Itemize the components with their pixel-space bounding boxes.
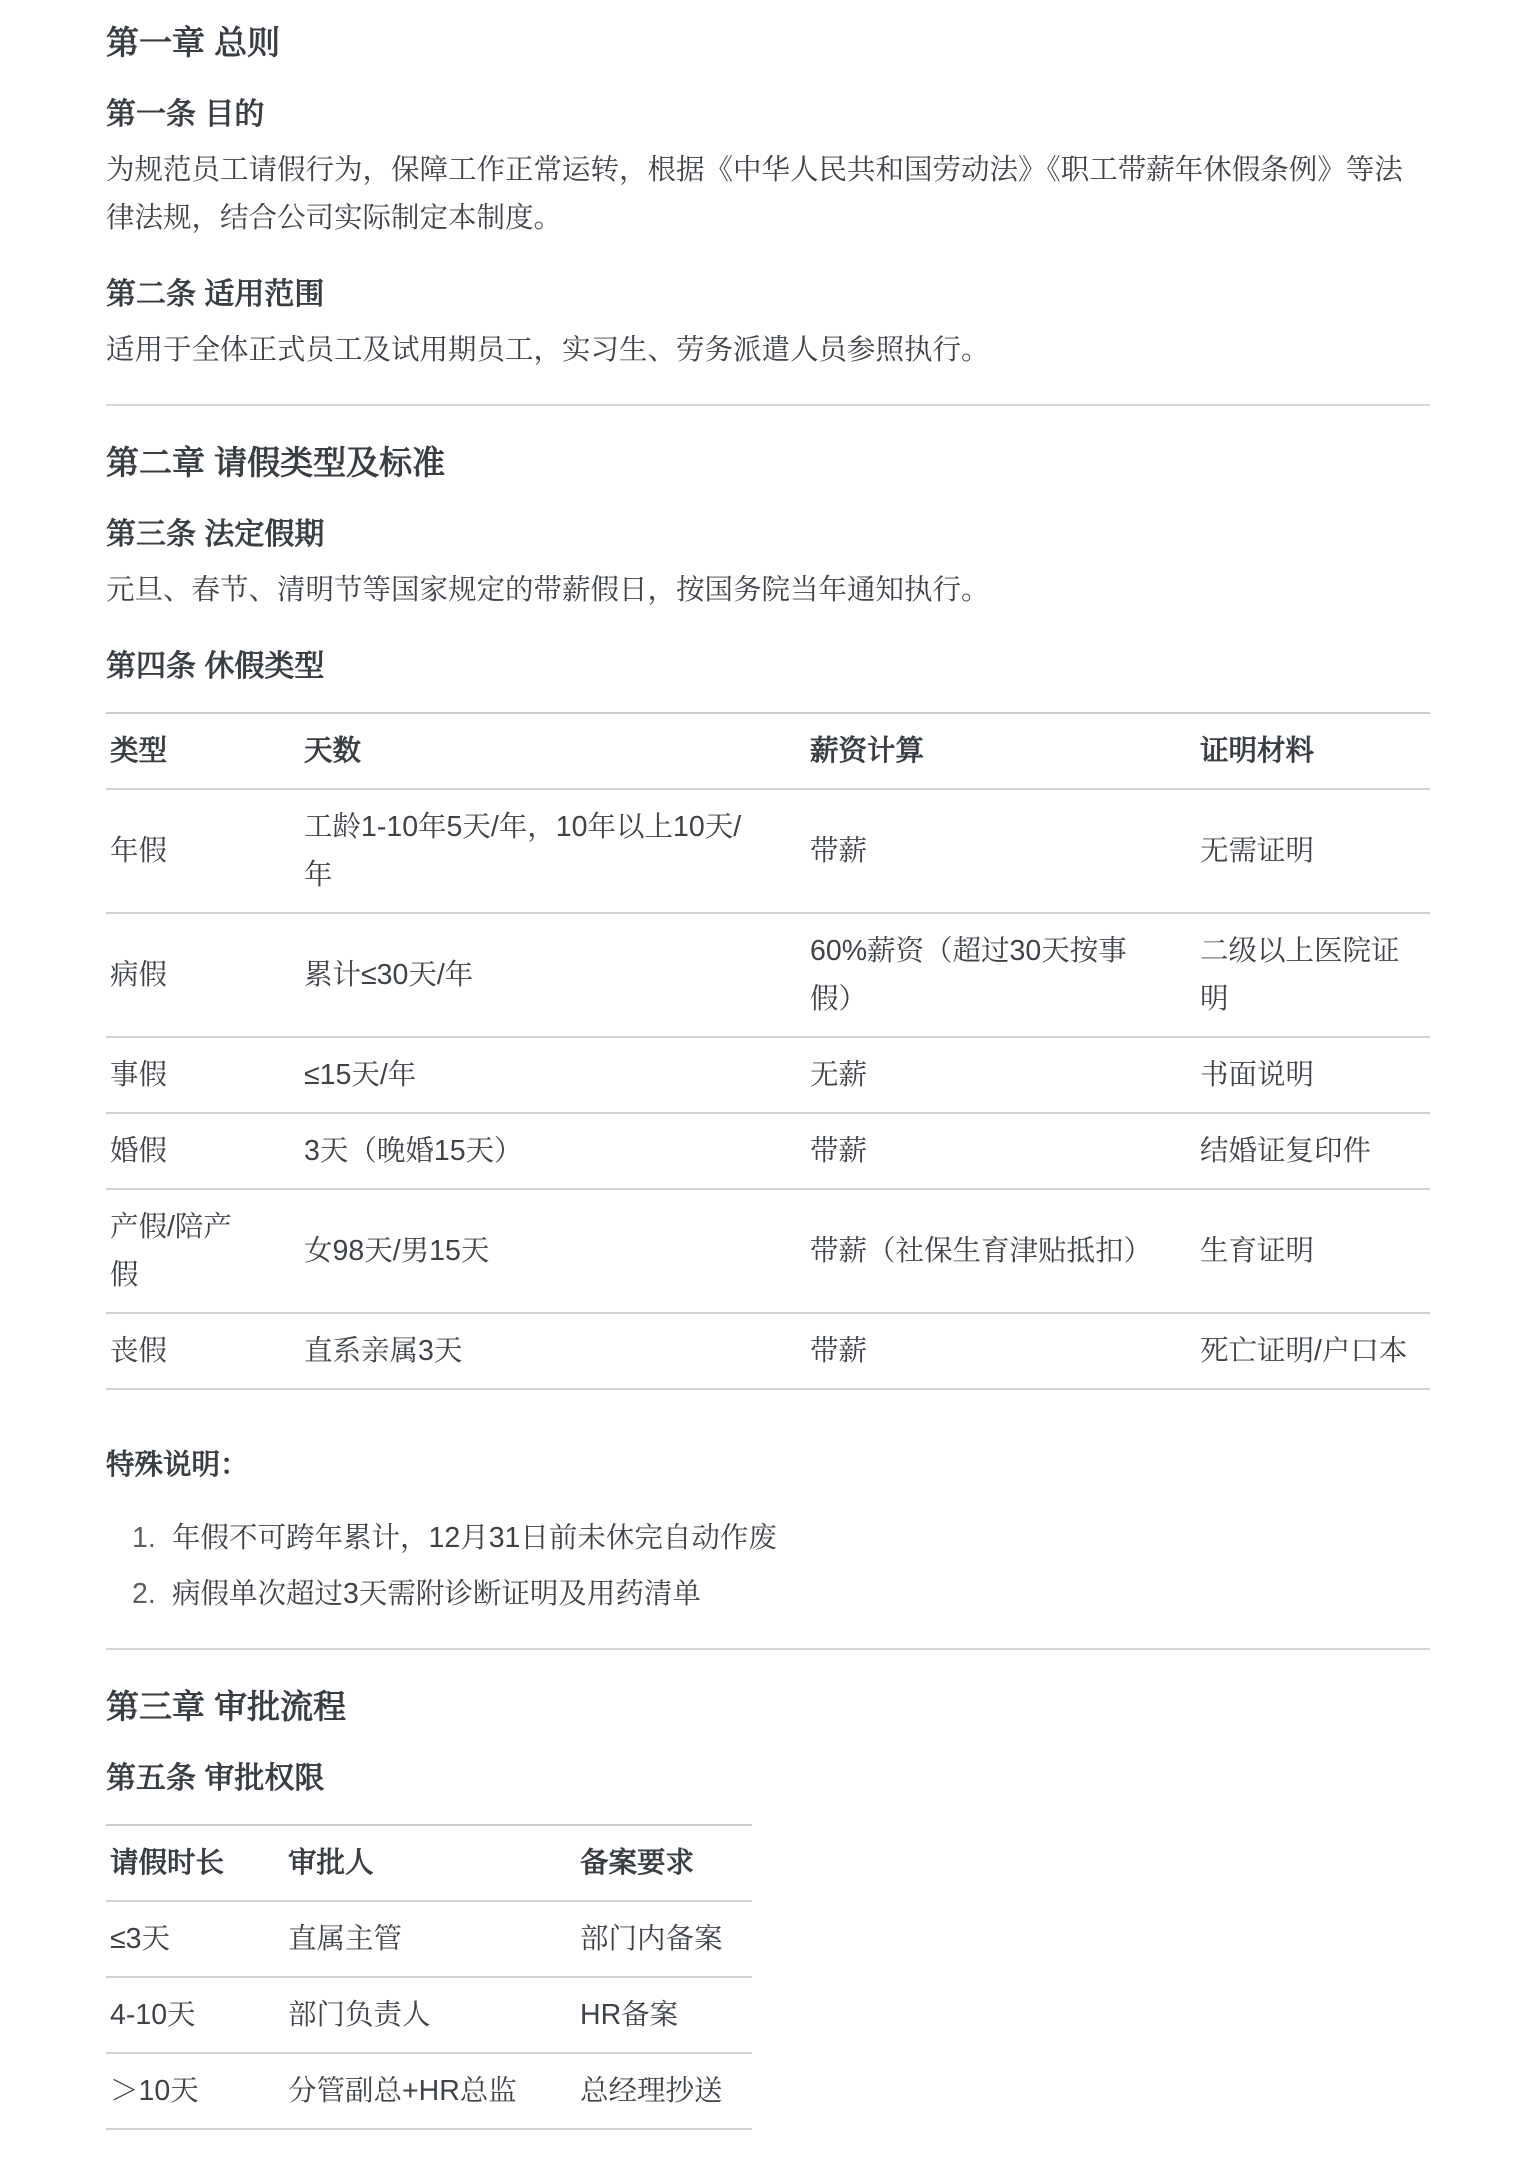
column-header-days: 天数: [300, 713, 806, 789]
table-cell: ≤15天/年: [300, 1037, 806, 1113]
table-cell: 直属主管: [284, 1901, 576, 1977]
table-cell: 无薪: [806, 1037, 1196, 1113]
note-item-text: 病假单次超过3天需附诊断证明及用药清单: [172, 1570, 1430, 1618]
column-header-filing: 备案要求: [576, 1825, 752, 1901]
article-4-heading: 第四条 休假类型: [106, 648, 1430, 686]
table-cell: 女98天/男15天: [300, 1189, 806, 1313]
section-divider-2: [106, 1648, 1430, 1650]
article-3-body: 元旦、春节、清明节等国家规定的带薪假日，按国务院当年通知执行。: [106, 566, 1430, 614]
leave-type-table: 类型 天数 薪资计算 证明材料 年假 工龄1-10年5天/年，10年以上10天/…: [106, 712, 1430, 1390]
table-cell: 书面说明: [1196, 1037, 1430, 1113]
table-cell: 丧假: [106, 1313, 300, 1389]
article-2-body: 适用于全体正式员工及试用期员工，实习生、劳务派遣人员参照执行。: [106, 326, 1430, 374]
table-cell: 二级以上医院证 明: [1196, 913, 1430, 1037]
article-1-heading: 第一条 目的: [106, 96, 1430, 134]
note-item-2: 2. 病假单次超过3天需附诊断证明及用药清单: [132, 1570, 1430, 1618]
table-cell: ≤3天: [106, 1901, 284, 1977]
table-cell: ＞10天: [106, 2053, 284, 2129]
document-page: 第一章 总则 第一条 目的 为规范员工请假行为，保障工作正常运转，根据《中华人民…: [0, 0, 1536, 2157]
table-cell: 部门负责人: [284, 1977, 576, 2053]
table-cell: 结婚证复印件: [1196, 1113, 1430, 1189]
chapter-3-heading: 第三章 审批流程: [106, 1688, 1430, 1726]
table-cell: 带薪: [806, 789, 1196, 913]
article-3-heading: 第三条 法定假期: [106, 516, 1430, 554]
article-1-body: 为规范员工请假行为，保障工作正常运转，根据《中华人民共和国劳动法》《职工带薪年休…: [106, 146, 1430, 242]
table-cell: HR备案: [576, 1977, 752, 2053]
table-cell: 累计≤30天/年: [300, 913, 806, 1037]
table-row-marriage-leave: 婚假 3天（晚婚15天） 带薪 结婚证复印件: [106, 1113, 1430, 1189]
special-notes-label: 特殊说明：: [106, 1442, 1430, 1488]
article-2-heading: 第二条 适用范围: [106, 276, 1430, 314]
section-divider-1: [106, 404, 1430, 406]
table-row-sick-leave: 病假 累计≤30天/年 60%薪资（超过30天按事 假） 二级以上医院证 明: [106, 913, 1430, 1037]
table-row-under-3-days: ≤3天 直属主管 部门内备案: [106, 1901, 752, 1977]
approval-authority-table: 请假时长 审批人 备案要求 ≤3天 直属主管 部门内备案 4-10天 部门负责人…: [106, 1824, 752, 2130]
table-cell: 事假: [106, 1037, 300, 1113]
table-cell: 4-10天: [106, 1977, 284, 2053]
approval-table-header-row: 请假时长 审批人 备案要求: [106, 1825, 752, 1901]
column-header-proof: 证明材料: [1196, 713, 1430, 789]
special-notes-list: 1. 年假不可跨年累计，12月31日前未休完自动作废 2. 病假单次超过3天需附…: [106, 1514, 1430, 1618]
column-header-pay: 薪资计算: [806, 713, 1196, 789]
table-cell: 60%薪资（超过30天按事 假）: [806, 913, 1196, 1037]
table-cell: 带薪: [806, 1313, 1196, 1389]
note-item-text: 年假不可跨年累计，12月31日前未休完自动作废: [172, 1514, 1430, 1562]
note-item-number: 1.: [132, 1514, 172, 1562]
table-row-annual-leave: 年假 工龄1-10年5天/年，10年以上10天/ 年 带薪 无需证明: [106, 789, 1430, 913]
table-row-maternity-leave: 产假/陪产 假 女98天/男15天 带薪（社保生育津贴抵扣） 生育证明: [106, 1189, 1430, 1313]
table-cell: 带薪: [806, 1113, 1196, 1189]
table-cell: 产假/陪产 假: [106, 1189, 300, 1313]
table-cell: 无需证明: [1196, 789, 1430, 913]
note-item-number: 2.: [132, 1570, 172, 1618]
table-row-4-10-days: 4-10天 部门负责人 HR备案: [106, 1977, 752, 2053]
table-cell: 年假: [106, 789, 300, 913]
table-cell: 分管副总+HR总监: [284, 2053, 576, 2129]
table-cell: 死亡证明/户口本: [1196, 1313, 1430, 1389]
column-header-approver: 审批人: [284, 1825, 576, 1901]
table-cell: 3天（晚婚15天）: [300, 1113, 806, 1189]
column-header-duration: 请假时长: [106, 1825, 284, 1901]
table-cell: 病假: [106, 913, 300, 1037]
table-cell: 工龄1-10年5天/年，10年以上10天/ 年: [300, 789, 806, 913]
note-item-1: 1. 年假不可跨年累计，12月31日前未休完自动作废: [132, 1514, 1430, 1562]
chapter-1-heading: 第一章 总则: [106, 24, 1430, 62]
table-row-bereavement-leave: 丧假 直系亲属3天 带薪 死亡证明/户口本: [106, 1313, 1430, 1389]
table-cell: 直系亲属3天: [300, 1313, 806, 1389]
table-cell: 部门内备案: [576, 1901, 752, 1977]
leave-table-header-row: 类型 天数 薪资计算 证明材料: [106, 713, 1430, 789]
chapter-2-heading: 第二章 请假类型及标准: [106, 444, 1430, 482]
table-row-personal-leave: 事假 ≤15天/年 无薪 书面说明: [106, 1037, 1430, 1113]
table-row-over-10-days: ＞10天 分管副总+HR总监 总经理抄送: [106, 2053, 752, 2129]
table-cell: 带薪（社保生育津贴抵扣）: [806, 1189, 1196, 1313]
table-cell: 生育证明: [1196, 1189, 1430, 1313]
article-5-heading: 第五条 审批权限: [106, 1760, 1430, 1798]
column-header-type: 类型: [106, 713, 300, 789]
document-body: 第一章 总则 第一条 目的 为规范员工请假行为，保障工作正常运转，根据《中华人民…: [0, 0, 1536, 2130]
table-cell: 总经理抄送: [576, 2053, 752, 2129]
table-cell: 婚假: [106, 1113, 300, 1189]
